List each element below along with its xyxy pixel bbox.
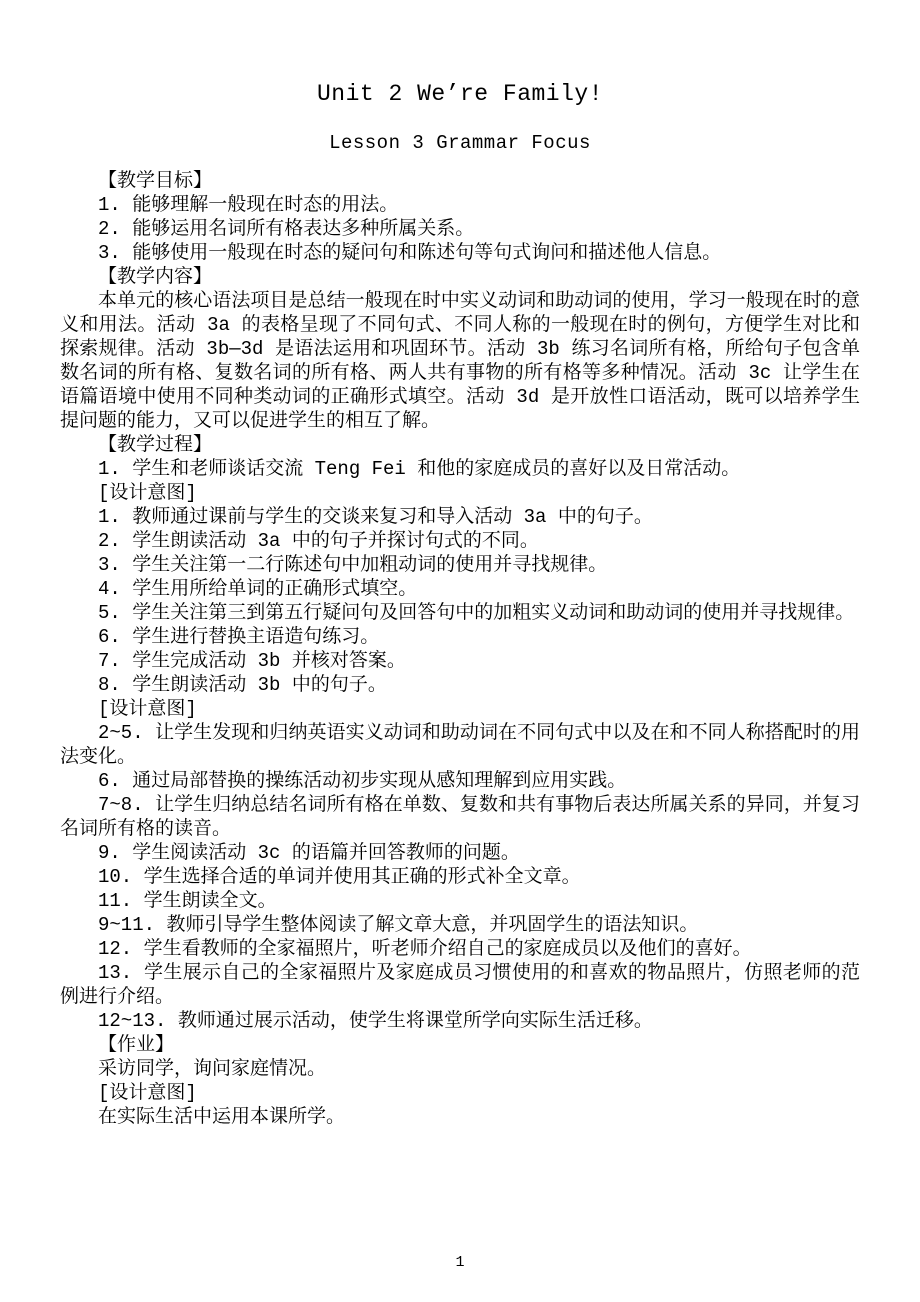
objective-item-3: 3. 能够使用一般现在时态的疑问句和陈述句等句式询问和描述他人信息。 bbox=[60, 241, 860, 265]
lesson-title: Lesson 3 Grammar Focus bbox=[60, 131, 860, 155]
design-note-2-5: 2~5. 让学生发现和归纳英语实义动词和助动词在不同句式中以及在和不同人称搭配时… bbox=[60, 721, 860, 769]
design-note-homework: 在实际生活中运用本课所学。 bbox=[60, 1105, 860, 1129]
objective-item-1: 1. 能够理解一般现在时态的用法。 bbox=[60, 193, 860, 217]
design-intent-label-3: [设计意图] bbox=[60, 1081, 860, 1105]
design-note-9-11: 9~11. 教师引导学生整体阅读了解文章大意，并巩固学生的语法知识。 bbox=[60, 913, 860, 937]
process-item-3: 3. 学生关注第一二行陈述句中加粗动词的使用并寻找规律。 bbox=[60, 553, 860, 577]
process-item-10: 10. 学生选择合适的单词并使用其正确的形式补全文章。 bbox=[60, 865, 860, 889]
document-page: Unit 2 We’re Family! Lesson 3 Grammar Fo… bbox=[0, 0, 920, 1302]
process-item-4: 4. 学生用所给单词的正确形式填空。 bbox=[60, 577, 860, 601]
unit-title: Unit 2 We’re Family! bbox=[60, 80, 860, 108]
teaching-content-paragraph: 本单元的核心语法项目是总结一般现在时中实义动词和助动词的使用，学习一般现在时的意… bbox=[60, 289, 860, 433]
process-item-13: 13. 学生展示自己的全家福照片及家庭成员习惯使用的和喜欢的物品照片，仿照老师的… bbox=[60, 961, 860, 1009]
design-note-12-13: 12~13. 教师通过展示活动，使学生将课堂所学向实际生活迁移。 bbox=[60, 1009, 860, 1033]
process-item-7: 7. 学生完成活动 3b 并核对答案。 bbox=[60, 649, 860, 673]
objective-item-2: 2. 能够运用名词所有格表达多种所属关系。 bbox=[60, 217, 860, 241]
process-item-8: 8. 学生朗读活动 3b 中的句子。 bbox=[60, 673, 860, 697]
homework-line: 采访同学，询问家庭情况。 bbox=[60, 1057, 860, 1081]
process-item-6: 6. 学生进行替换主语造句练习。 bbox=[60, 625, 860, 649]
design-note-6: 6. 通过局部替换的操练活动初步实现从感知理解到应用实践。 bbox=[60, 769, 860, 793]
section-header-teaching-process: 【教学过程】 bbox=[60, 433, 860, 457]
design-intent-label-1: [设计意图] bbox=[60, 481, 860, 505]
design-note-7-8: 7~8. 让学生归纳总结名词所有格在单数、复数和共有事物后表达所属关系的异同，并… bbox=[60, 793, 860, 841]
process-item-1: 1. 教师通过课前与学生的交谈来复习和导入活动 3a 中的句子。 bbox=[60, 505, 860, 529]
section-header-teaching-content: 【教学内容】 bbox=[60, 265, 860, 289]
document-body: Unit 2 We’re Family! Lesson 3 Grammar Fo… bbox=[0, 0, 920, 1129]
design-intent-label-2: [设计意图] bbox=[60, 697, 860, 721]
process-item-5: 5. 学生关注第三到第五行疑问句及回答句中的加粗实义动词和助动词的使用并寻找规律… bbox=[60, 601, 860, 625]
section-header-teaching-objectives: 【教学目标】 bbox=[60, 169, 860, 193]
process-item-12: 12. 学生看教师的全家福照片，听老师介绍自己的家庭成员以及他们的喜好。 bbox=[60, 937, 860, 961]
page-number: 1 bbox=[0, 1254, 920, 1272]
process-step-1: 1. 学生和老师谈话交流 Teng Fei 和他的家庭成员的喜好以及日常活动。 bbox=[60, 457, 860, 481]
process-item-2: 2. 学生朗读活动 3a 中的句子并探讨句式的不同。 bbox=[60, 529, 860, 553]
process-item-9: 9. 学生阅读活动 3c 的语篇并回答教师的问题。 bbox=[60, 841, 860, 865]
section-header-homework: 【作业】 bbox=[60, 1033, 860, 1057]
process-item-11: 11. 学生朗读全文。 bbox=[60, 889, 860, 913]
